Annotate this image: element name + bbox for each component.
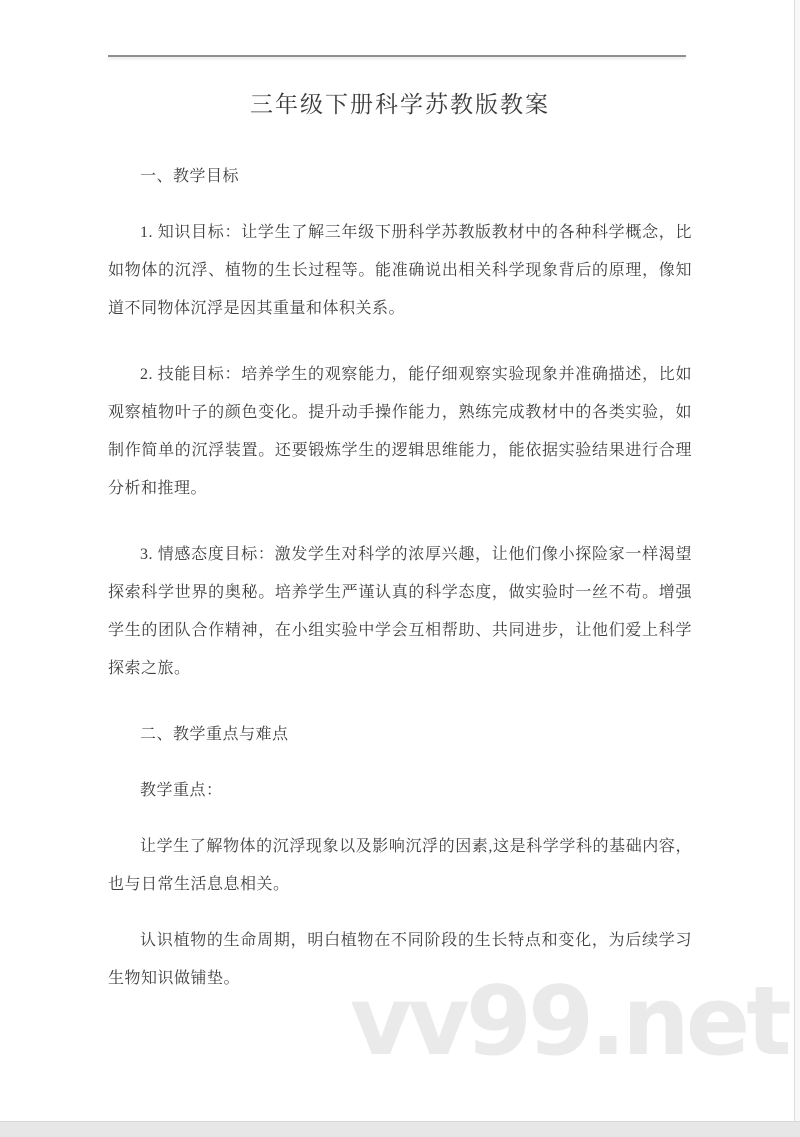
paragraph-key-point-label: 教学重点： [108,772,692,810]
section-heading-key-points: 二、教学重点与难点 [108,716,692,754]
paragraph-knowledge-goal: 1. 知识目标：让学生了解三年级下册科学苏教版教材中的各种科学概念，比如物体的沉… [108,214,692,328]
background-bottom-band [0,1121,800,1137]
paragraph-skill-goal: 2. 技能目标：培养学生的观察能力，能仔细观察实验现象并准确描述，比如观察植物叶… [108,356,692,508]
page-right-edge [794,0,800,1122]
paragraph-key-point-sinking: 让学生了解物体的沉浮现象以及影响沉浮的因素,这是科学学科的基础内容，也与日常生活… [108,828,692,904]
page-top-rule [108,55,686,57]
document-title: 三年级下册科学苏教版教案 [108,88,692,122]
document-body: 三年级下册科学苏教版教案 一、教学目标 1. 知识目标：让学生了解三年级下册科学… [108,88,692,998]
section-heading-teaching-goals: 一、教学目标 [108,158,692,196]
paragraph-attitude-goal: 3. 情感态度目标：激发学生对科学的浓厚兴趣，让他们像小探险家一样渴望探索科学世… [108,536,692,688]
paragraph-key-point-plants: 认识植物的生命周期，明白植物在不同阶段的生长特点和变化，为后续学习生物知识做铺垫… [108,922,692,998]
